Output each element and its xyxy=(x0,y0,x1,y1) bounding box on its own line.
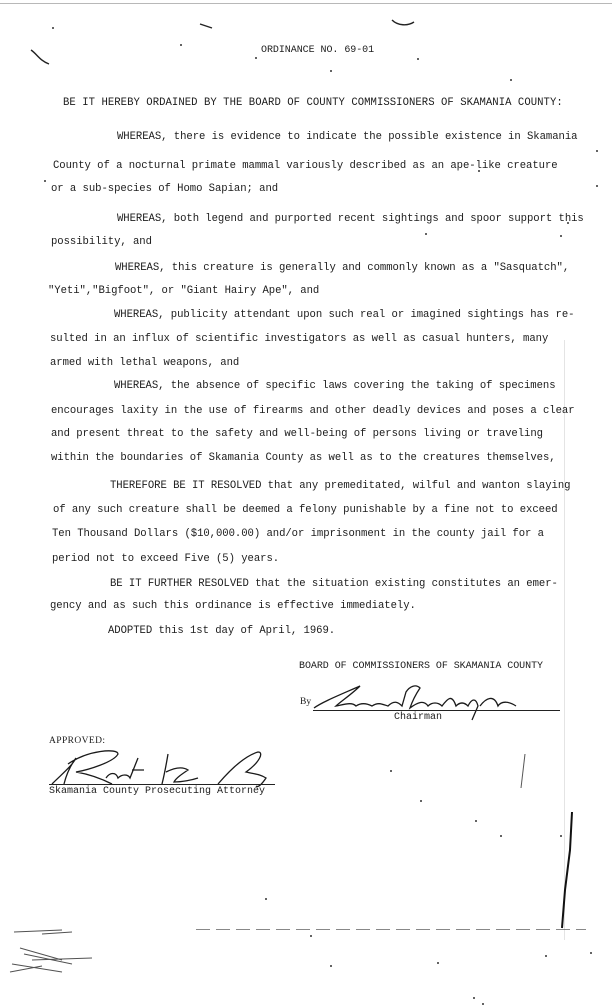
margin-stroke xyxy=(555,810,575,930)
ordinance-line: ADOPTED this 1st day of April, 1969. xyxy=(108,625,335,637)
scan-speck xyxy=(596,150,598,152)
ordinance-line: WHEREAS, both legend and purported recen… xyxy=(117,213,584,225)
ordinance-line: "Yeti","Bigfoot", or "Giant Hairy Ape", … xyxy=(48,285,319,297)
scan-speck xyxy=(590,952,592,954)
board-heading: BOARD OF COMMISSIONERS OF SKAMANIA COUNT… xyxy=(299,661,543,672)
scan-speck xyxy=(567,222,569,224)
scan-speck xyxy=(500,835,502,837)
ordinance-line: possibility, and xyxy=(51,236,152,248)
chairman-title: Chairman xyxy=(394,712,442,723)
ordinance-line: encourages laxity in the use of firearms… xyxy=(51,405,575,417)
ordinance-line: THEREFORE BE IT RESOLVED that any premed… xyxy=(110,480,570,492)
scan-speck xyxy=(265,898,267,900)
ordinance-line: BE IT FURTHER RESOLVED that the situatio… xyxy=(110,578,558,590)
preamble: BE IT HEREBY ORDAINED BY THE BOARD OF CO… xyxy=(63,97,563,109)
ordinance-line: WHEREAS, publicity attendant upon such r… xyxy=(114,309,574,321)
ordinance-line: sulted in an influx of scientific invest… xyxy=(50,333,548,345)
ordinance-line: WHEREAS, the absence of specific laws co… xyxy=(114,380,556,392)
scan-speck xyxy=(560,835,562,837)
ordinance-line: County of a nocturnal primate mammal var… xyxy=(53,160,558,172)
attorney-signature-line xyxy=(49,784,275,785)
scan-speck xyxy=(44,180,46,182)
scan-speck xyxy=(437,962,439,964)
ordinance-line: within the boundaries of Skamania County… xyxy=(51,452,556,464)
margin-stroke xyxy=(518,752,528,792)
ordinance-line: or a sub-species of Homo Sapian; and xyxy=(51,183,278,195)
scan-speck xyxy=(510,79,512,81)
scan-speck xyxy=(425,233,427,235)
scan-speck xyxy=(180,44,182,46)
scan-speck xyxy=(255,57,257,59)
scan-top-edge xyxy=(0,3,612,4)
scan-speck xyxy=(596,185,598,187)
scan-speck xyxy=(560,235,562,237)
ordinance-line: WHEREAS, this creature is generally and … xyxy=(115,262,569,274)
scan-speck xyxy=(330,70,332,72)
scan-speck xyxy=(478,170,480,172)
scan-speck xyxy=(482,1003,484,1005)
ordinance-line: period not to exceed Five (5) years. xyxy=(52,553,279,565)
chairman-signature-line xyxy=(313,710,560,711)
scan-artifact-mark xyxy=(25,40,65,70)
attorney-title: Skamania County Prosecuting Attorney xyxy=(49,786,265,797)
scan-speck xyxy=(330,965,332,967)
scan-artifact-mark xyxy=(390,10,420,30)
ordinance-line: of any such creature shall be deemed a f… xyxy=(53,504,558,516)
ordinance-line: Ten Thousand Dollars ($10,000.00) and/or… xyxy=(52,528,544,540)
scan-speck xyxy=(545,955,547,957)
scan-speck xyxy=(475,820,477,822)
by-label: By xyxy=(300,697,311,707)
scan-speck xyxy=(417,58,419,60)
ordinance-title: ORDINANCE NO. 69-01 xyxy=(261,45,374,56)
attorney-signature xyxy=(48,744,278,788)
ordinance-line: gency and as such this ordinance is effe… xyxy=(50,600,416,612)
scan-speck xyxy=(390,770,392,772)
scan-speck xyxy=(310,935,312,937)
scan-artifact-rule xyxy=(196,929,586,930)
scan-artifact-mark xyxy=(198,20,218,32)
scan-speck xyxy=(420,800,422,802)
ordinance-line: WHEREAS, there is evidence to indicate t… xyxy=(117,131,577,143)
scan-speck xyxy=(473,997,475,999)
scan-artifact-smudge xyxy=(2,920,112,980)
scan-speck xyxy=(52,27,54,29)
ordinance-line: armed with lethal weapons, and xyxy=(50,357,239,369)
ordinance-line: and present threat to the safety and wel… xyxy=(51,428,543,440)
